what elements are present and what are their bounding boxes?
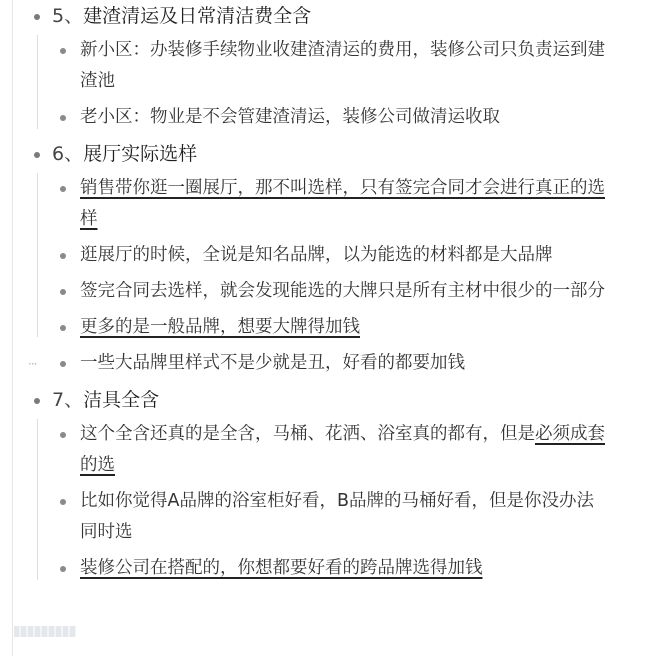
bullet-dot-icon[interactable] [34,398,40,404]
list-item[interactable]: 签完合同去选样，就会发现能选的大牌只是所有主材中很少的一部分 [0,276,646,307]
list-item[interactable]: 老小区：物业是不会管建渣清运，装修公司做清运收取 [0,102,646,133]
item-text: 逛展厅的时候，全说是知名品牌，以为能选的材料都是大品牌 [80,240,605,271]
section-number: 5、 [52,5,83,27]
item-text: 老小区：物业是不会管建渣清运，装修公司做清运收取 [80,102,605,133]
bullet-dot-icon[interactable] [34,152,40,158]
bullet-dot-icon[interactable] [60,289,66,295]
list-item[interactable]: 比如你觉得A品牌的浴室柜好看，B品牌的马桶好看，但是你没办法同时选 [0,486,646,548]
bullet-dot-icon[interactable] [60,499,66,505]
list-item[interactable]: 逛展厅的时候，全说是知名品牌，以为能选的材料都是大品牌 [0,240,646,271]
section-children: 销售带你逛一圈展厅，那不叫选样，只有签完合同才会进行真正的选样 逛展厅的时候，全… [0,171,646,379]
bullet-dot-icon[interactable] [34,14,40,20]
list-item[interactable]: 销售带你逛一圈展厅，那不叫选样，只有签完合同才会进行真正的选样 [0,173,646,235]
section-title: 展厅实际选样 [83,143,197,165]
item-text: 更多的是一般品牌，想要大牌得加钱 [80,312,605,343]
list-item[interactable]: 更多的是一般品牌，想要大牌得加钱 [0,312,646,343]
item-text: 新小区：办装修手续物业收建渣清运的费用，装修公司只负责运到建渣池 [80,35,605,97]
bullet-dot-icon[interactable] [60,253,66,259]
list-item-hovered[interactable]: ··· 一些大品牌里样式不是少就是丑，好看的都要加钱 [0,348,646,379]
item-text: 装修公司在搭配的，你想都要好看的跨品牌选得加钱 [80,553,605,584]
section-children: 新小区：办装修手续物业收建渣清运的费用，装修公司只负责运到建渣池 老小区：物业是… [0,33,646,133]
bullet-dot-icon[interactable] [60,325,66,331]
section-title: 洁具全含 [83,389,159,411]
bullet-dot-icon[interactable] [60,361,66,367]
item-text: 这个全含还真的是全含，马桶、花洒、浴室真的都有，但是必须成套的选 [80,419,605,481]
section-number: 7、 [52,389,83,411]
outline-list: 5、建渣清运及日常清洁费全含 新小区：办装修手续物业收建渣清运的费用，装修公司只… [0,0,646,589]
section-header[interactable]: 5、建渣清运及日常清洁费全含 [0,0,646,33]
item-text: 销售带你逛一圈展厅，那不叫选样，只有签完合同才会进行真正的选样 [80,173,605,235]
bullet-dot-icon[interactable] [60,186,66,192]
bullet-dot-icon[interactable] [60,566,66,572]
list-item[interactable]: 装修公司在搭配的，你想都要好看的跨品牌选得加钱 [0,553,646,584]
bullet-dot-icon[interactable] [60,432,66,438]
item-text: 比如你觉得A品牌的浴室柜好看，B品牌的马桶好看，但是你没办法同时选 [80,486,605,548]
list-item[interactable]: 这个全含还真的是全含，马桶、花洒、浴室真的都有，但是必须成套的选 [0,419,646,481]
bullet-dot-icon[interactable] [60,115,66,121]
section-children: 这个全含还真的是全含，马桶、花洒、浴室真的都有，但是必须成套的选 比如你觉得A品… [0,417,646,584]
list-item[interactable]: 新小区：办装修手续物业收建渣清运的费用，装修公司只负责运到建渣池 [0,35,646,97]
item-text-plain: 这个全含还真的是全含，马桶、花洒、浴室真的都有，但是 [80,424,535,444]
bullet-dot-icon[interactable] [60,48,66,54]
item-text: 签完合同去选样，就会发现能选的大牌只是所有主材中很少的一部分 [80,276,605,307]
watermark [14,626,76,637]
section-5: 5、建渣清运及日常清洁费全含 新小区：办装修手续物业收建渣清运的费用，装修公司只… [0,0,646,133]
section-title: 建渣清运及日常清洁费全含 [83,5,311,27]
drag-handle-ellipsis-icon[interactable]: ··· [28,350,36,378]
item-text: 一些大品牌里样式不是少就是丑，好看的都要加钱 [80,348,605,379]
section-number: 6、 [52,143,83,165]
section-header[interactable]: 7、洁具全含 [0,384,646,417]
section-header[interactable]: 6、展厅实际选样 [0,138,646,171]
section-6: 6、展厅实际选样 销售带你逛一圈展厅，那不叫选样，只有签完合同才会进行真正的选样… [0,138,646,379]
section-7: 7、洁具全含 这个全含还真的是全含，马桶、花洒、浴室真的都有，但是必须成套的选 … [0,384,646,584]
